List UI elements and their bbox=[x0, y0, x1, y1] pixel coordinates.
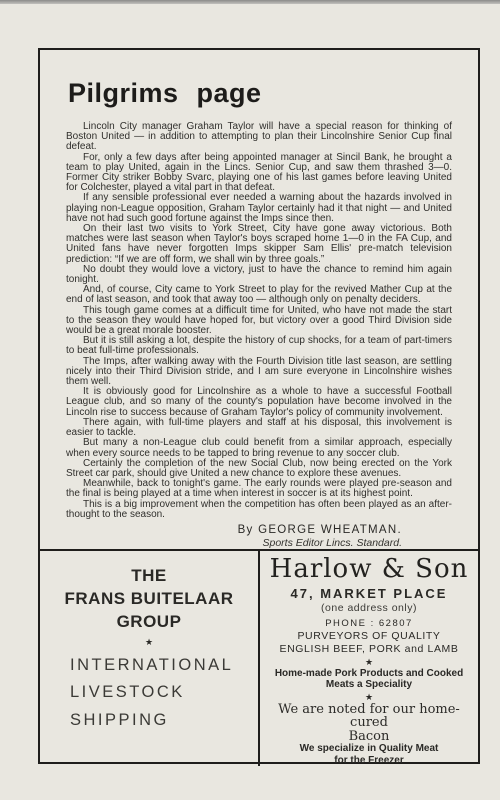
article-section: Pilgrims page Lincoln City manager Graha… bbox=[40, 50, 478, 549]
article-paragraph: But many a non-League club could benefit… bbox=[66, 438, 452, 458]
harlow-address-note: (one address only) bbox=[260, 602, 478, 614]
article-paragraph: Certainly the completion of the new Soci… bbox=[66, 459, 452, 479]
article-paragraph: The Imps, after walking away with the Fo… bbox=[66, 357, 452, 388]
article-body: Lincoln City manager Graham Taylor will … bbox=[66, 122, 452, 520]
programme-page: Pilgrims page Lincoln City manager Graha… bbox=[0, 0, 500, 800]
harlow-name: Harlow & Son bbox=[260, 554, 478, 584]
ads-section: THEFRANS BUITELAARGROUP ★ INTERNATIONALL… bbox=[40, 549, 478, 767]
frans-service-line: SHIPPING bbox=[70, 707, 258, 735]
article-paragraph: On their last two visits to York Street,… bbox=[66, 224, 452, 265]
frans-buitelaar-services: INTERNATIONALLIVESTOCKSHIPPING bbox=[40, 652, 258, 735]
frans-buitelaar-title: THEFRANS BUITELAARGROUP bbox=[40, 564, 258, 633]
byline-role: Sports Editor Lincs. Standard. bbox=[66, 537, 402, 549]
frans-title-line: FRANS BUITELAAR bbox=[40, 587, 258, 610]
harlow-bacon: We are noted for our home-curedBacon bbox=[260, 703, 478, 744]
harlow-freezer: We specialize in Quality Meatfor the Fre… bbox=[260, 743, 478, 766]
harlow-bacon-line: We are noted for our home-cured bbox=[260, 703, 478, 730]
harlow-purveyors-line: ENGLISH BEEF, PORK and LAMB bbox=[260, 643, 478, 656]
article-paragraph: It is obviously good for Lincolnshire as… bbox=[66, 387, 452, 418]
harlow-products: Home-made Pork Products and CookedMeats … bbox=[260, 668, 478, 691]
harlow-purveyors-line: PURVEYORS OF QUALITY bbox=[260, 630, 478, 643]
harlow-phone: PHONE : 62807 bbox=[260, 618, 478, 629]
frans-service-line: INTERNATIONAL bbox=[70, 652, 258, 680]
star-icon: ★ bbox=[40, 637, 258, 647]
article-paragraph: No doubt they would love a victory, just… bbox=[66, 265, 452, 285]
article-paragraph: Meanwhile, back to tonight's game. The e… bbox=[66, 479, 452, 499]
article-paragraph: This tough game comes at a difficult tim… bbox=[66, 306, 452, 337]
article-paragraph: This is a big improvement when the compe… bbox=[66, 500, 452, 520]
harlow-bacon-line: Bacon bbox=[260, 730, 478, 744]
scan-edge-strip bbox=[0, 0, 500, 4]
harlow-freezer-line: for the Freezer bbox=[260, 755, 478, 767]
page-title: Pilgrims page bbox=[68, 78, 452, 109]
star-icon: ★ bbox=[260, 657, 478, 667]
frans-service-line: LIVESTOCK bbox=[70, 679, 258, 707]
star-icon: ★ bbox=[260, 692, 478, 702]
harlow-address: 47, MARKET PLACE bbox=[260, 586, 478, 601]
byline-author: By GEORGE WHEATMAN. bbox=[66, 524, 402, 536]
harlow-products-line: Meats a Speciality bbox=[260, 679, 478, 691]
frans-title-line: GROUP bbox=[40, 610, 258, 633]
article-paragraph: Lincoln City manager Graham Taylor will … bbox=[66, 122, 452, 153]
article-paragraph: If any sensible professional ever needed… bbox=[66, 193, 452, 224]
harlow-freezer-line: We specialize in Quality Meat bbox=[260, 743, 478, 755]
ad-frans-buitelaar: THEFRANS BUITELAARGROUP ★ INTERNATIONALL… bbox=[40, 551, 260, 767]
harlow-products-line: Home-made Pork Products and Cooked bbox=[260, 668, 478, 680]
ad-harlow-and-son: Harlow & Son 47, MARKET PLACE (one addre… bbox=[260, 551, 478, 767]
article-paragraph: There again, with full-time players and … bbox=[66, 418, 452, 438]
page-frame: Pilgrims page Lincoln City manager Graha… bbox=[38, 48, 480, 764]
article-paragraph: For, only a few days after being appoint… bbox=[66, 153, 452, 194]
article-paragraph: But it is still asking a lot, despite th… bbox=[66, 336, 452, 356]
frans-title-line: THE bbox=[40, 564, 258, 587]
harlow-purveyors: PURVEYORS OF QUALITYENGLISH BEEF, PORK a… bbox=[260, 630, 478, 656]
article-paragraph: And, of course, City came to York Street… bbox=[66, 285, 452, 305]
byline: By GEORGE WHEATMAN. Sports Editor Lincs.… bbox=[66, 524, 452, 549]
